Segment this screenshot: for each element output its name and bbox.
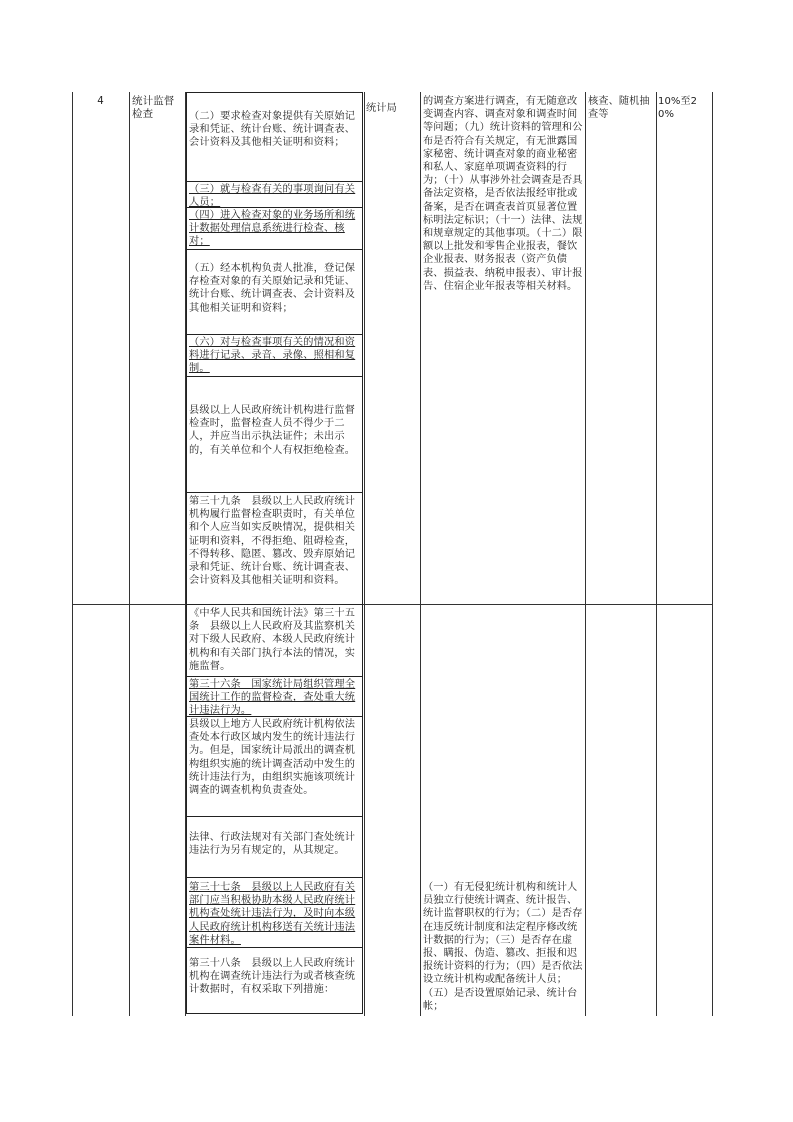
col-divider-agency — [420, 92, 421, 1016]
basis-box: （四）进入检查对象的业务场所和统计数据处理信息系统进行检查、核对； — [186, 207, 363, 250]
basis-box: 第三十六条 国家统计局组织管理全国统计工作的监督检查，查处重大统计违法行为。 — [186, 676, 363, 717]
row-divider — [72, 604, 713, 605]
basis-box: 《中华人民共和国统计法》第三十五条 县级以上人民政府及其监察机关对下级人民政府、… — [186, 604, 363, 677]
basis-box: 法律、行政法规对有关部门查处统计违法行为另有规定的，从其规定。 — [186, 816, 363, 878]
col-divider-method — [656, 92, 657, 1016]
basis-box: 县级以上人民政府统计机构进行监督检查时，监督检查人员不得少于二人，并应当出示执法… — [186, 376, 363, 493]
basis-box: （五）经本机构负责人批准，登记保存检查对象的有关原始记录和凭证、统计台账、统计调… — [186, 249, 363, 335]
basis-text: 法律、行政法规对有关部门查处统计违法行为另有规定的，从其规定。 — [189, 831, 361, 857]
col-divider-number — [129, 92, 130, 1016]
basis-box: 县级以上地方人民政府统计机构依法查处本行政区域内发生的统计违法行为。但是，国家统… — [186, 716, 363, 817]
inspection-method: 核查、随机抽查等 — [588, 95, 654, 121]
basis-text: 《中华人民共和国统计法》第三十五条 县级以上人民政府及其监察机关对下级人民政府、… — [189, 607, 361, 673]
inspection-content: （一）有无侵犯统计机构和统计人员独立行使统计调查、统计报告、统计监督职权的行为；… — [423, 881, 583, 1013]
basis-box: 第三十八条 县级以上人民政府统计机构在调查统计违法行为或者核查统计数据时，有权采… — [186, 947, 363, 1014]
table-border-right — [712, 92, 713, 1016]
basis-text: （四）进入检查对象的业务场所和统计数据处理信息系统进行检查、核对； — [189, 209, 361, 249]
table-border-left — [72, 92, 73, 1016]
col-divider-content — [585, 92, 586, 1016]
basis-text: 县级以上地方人民政府统计机构依法查处本行政区域内发生的统计违法行为。但是，国家统… — [189, 718, 361, 797]
basis-box: （二）要求检查对象提供有关原始记录和凭证、统计台账、统计调查表、会计资料及其他相… — [186, 92, 363, 182]
basis-text: 第三十七条 县级以上人民政府有关部门应当积极协助本级人民政府统计机构查处统计违法… — [189, 881, 361, 947]
basis-text: 第三十八条 县级以上人民政府统计机构在调查统计违法行为或者核查统计数据时，有权采… — [189, 957, 361, 997]
basis-text: （六）对与检查事项有关的情况和资料进行记录、录音、录像、照相和复制。 — [189, 336, 361, 376]
agency-name: 统计局 — [366, 102, 418, 115]
basis-box: （三）就与检查有关的事项询问有关人员； — [186, 181, 363, 208]
row-number: 4 — [72, 95, 129, 108]
basis-box: （六）对与检查事项有关的情况和资料进行记录、录音、录像、照相和复制。 — [186, 334, 363, 377]
basis-text: 第三十六条 国家统计局组织管理全国统计工作的监督检查，查处重大统计违法行为。 — [189, 678, 361, 718]
item-name: 统计监督检查 — [132, 95, 182, 121]
col-divider-basis — [364, 92, 365, 1016]
basis-text: （五）经本机构负责人批准，登记保存检查对象的有关原始记录和凭证、统计台账、统计调… — [189, 262, 361, 315]
basis-text: 县级以上人民政府统计机构进行监督检查时，监督检查人员不得少于二人，并应当出示执法… — [189, 404, 361, 457]
inspection-ratio: 10%至20% — [658, 95, 712, 121]
basis-text: 第三十九条 县级以上人民政府统计机构履行监督检查职责时，有关单位和个人应当如实反… — [189, 495, 361, 587]
basis-text: （二）要求检查对象提供有关原始记录和凭证、统计台账、统计调查表、会计资料及其他相… — [189, 110, 361, 150]
basis-box: 第三十九条 县级以上人民政府统计机构履行监督检查职责时，有关单位和个人应当如实反… — [186, 492, 363, 605]
basis-box: 第三十七条 县级以上人民政府有关部门应当积极协助本级人民政府统计机构查处统计违法… — [186, 877, 363, 948]
basis-text: （三）就与检查有关的事项询问有关人员； — [189, 183, 361, 209]
inspection-content: 的调查方案进行调查，有无随意改变调查内容、调查对象和调查时间等问题；（九）统计资… — [423, 95, 583, 293]
